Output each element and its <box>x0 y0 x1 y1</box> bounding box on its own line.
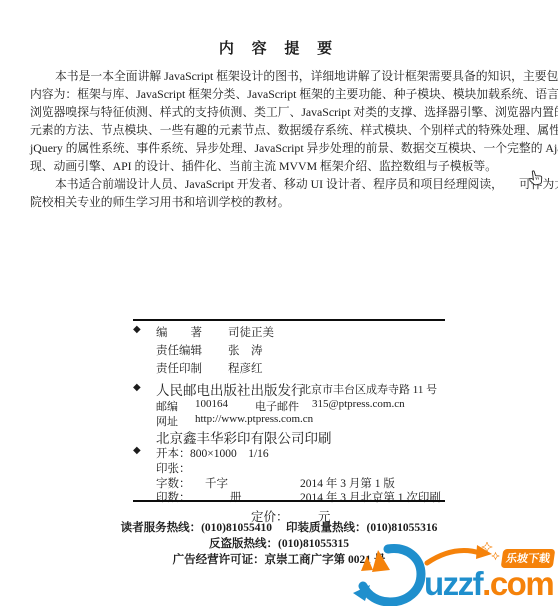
postcode-value: 100164 <box>195 398 228 410</box>
author-name: 司徒正美 <box>228 324 274 340</box>
abstract-line: 内容为：框架与库、JavaScript 框架分类、JavaScript 框架的主… <box>30 85 532 103</box>
print-editor-name: 程彦红 <box>228 360 263 376</box>
abstract-line: 元素的方法、节点模块、一些有趣的元素节点、数据缓存系统、样式模块、个别样式的特殊… <box>30 121 532 139</box>
email-label: 电子邮件 <box>255 398 299 414</box>
top-rule <box>133 319 445 321</box>
uzzf-watermark-logo: uzzf.com 乐坡下载 <box>352 541 558 608</box>
diamond-bullet-icon: ◆ <box>133 445 141 456</box>
watermark-wordmark: uzzf.com <box>424 566 553 602</box>
diamond-bullet-icon: ◆ <box>133 382 141 393</box>
postcode-label: 邮编 <box>156 398 178 414</box>
editor-label: 责任编辑 <box>156 342 202 358</box>
format-value: 800×1000 1/16 <box>190 445 269 461</box>
swirl-emblem-icon <box>352 542 432 608</box>
abstract-line: jQuery 的属性系统、事件系统、异步处理、JavaScript 异步处理的前… <box>30 139 532 157</box>
words-value: 千字 <box>205 475 228 491</box>
hand-cursor-icon <box>502 174 519 193</box>
print-company: 北京鑫丰华彩印有限公司印刷 <box>156 427 332 447</box>
publisher-name: 人民邮电出版社出版发行 <box>156 379 305 399</box>
print-quality-hotline: 印装质量热线：(010)81055316 <box>286 522 437 534</box>
editor-name: 张 涛 <box>228 342 263 358</box>
colophon-block: ◆ 编 著 司徒正美 责任编辑 张 涛 责任印制 程彦红 ◆ 人民邮电出版社出版… <box>133 319 445 529</box>
print-editor-label: 责任印制 <box>156 360 202 376</box>
watermark-badge: 乐坡下载 <box>501 549 556 568</box>
format-label: 开本： <box>156 445 191 461</box>
watermark-tld: com <box>490 565 553 602</box>
abstract-paragraph: 本书是一本全面讲解 JavaScript 框架设计的图书，详细地讲解了设计框架需… <box>30 67 532 211</box>
abstract-line: 本书是一本全面讲解 JavaScript 框架设计的图书，详细地讲解了设计框架需… <box>30 67 532 85</box>
book-copyright-page: 内 容 提 要 本书是一本全面讲解 JavaScript 框架设计的图书，详细地… <box>0 0 558 608</box>
watermark-name: uzzf <box>424 565 482 602</box>
service-hotline-row: 读者服务热线：(010)81055410印装质量热线：(010)81055316 <box>0 519 558 535</box>
copies-value: 册 <box>230 489 242 505</box>
abstract-line: 院校相关专业的师生学习用书和培训学校的教材。 <box>30 193 532 211</box>
bottom-rule <box>133 500 445 502</box>
audience-text-before-cursor: 本书适合前端设计人员、JavaScript 开发者、移动 UI 设计者、程序员和… <box>55 177 503 191</box>
abstract-line: 本书适合前端设计人员、JavaScript 开发者、移动 UI 设计者、程序员和… <box>30 175 532 193</box>
abstract-line: 现、动画引擎、API 的设计、插件化、当前主流 MVVM 框架介绍、监控数组与子… <box>30 157 532 175</box>
website-url: http://www.ptpress.com.cn <box>195 413 313 425</box>
abstract-line: 浏览器嗅探与特征侦测、样式的支持侦测、类工厂、JavaScript 对类的支撑、… <box>30 103 532 121</box>
impression-text: 2014 年 3 月北京第 1 次印刷 <box>300 489 441 505</box>
email-value: 315@ptpress.com.cn <box>312 398 405 410</box>
copies-label: 印数： <box>156 489 191 505</box>
author-label: 编 著 <box>156 324 202 340</box>
reader-service-hotline: 读者服务热线：(010)81055410 <box>121 522 272 534</box>
publisher-address: 北京市丰台区成寿寺路 11 号 <box>300 381 437 397</box>
page-title: 内 容 提 要 <box>0 37 558 58</box>
watermark-dot: . <box>482 565 490 602</box>
diamond-bullet-icon: ◆ <box>133 324 141 335</box>
sheets-label: 印张： <box>156 460 191 476</box>
